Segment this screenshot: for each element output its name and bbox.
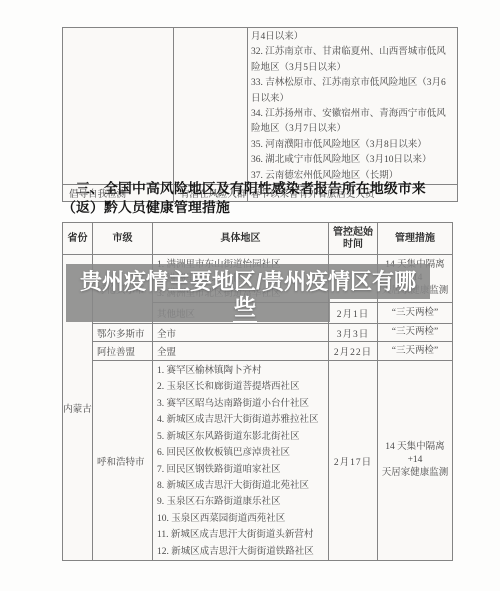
list-item: 9. 玉泉区石东路街道康乐社区 [157,494,326,510]
date-cell: 2月1日 [329,303,378,324]
list-item: 7. 回民区钢铁路街道咱家社区 [157,462,326,478]
city-cell: 鄂尔多斯市 [93,324,153,342]
list-item: 32. 江苏南京市、甘肃临夏州、山西晋城市低风险地区（3月5日以来） [251,45,455,76]
title-overlay-band: 贵州疫情主要地区/贵州疫情区有哪 [66,264,430,299]
header-area: 具体地区 [153,223,329,255]
list-item: 11. 新城区成吉思汗大街街道头新营村 [157,527,326,543]
area-cell: 全盟 [153,342,329,361]
measure-cell: “三天两检” [378,342,453,361]
header-province: 省份 [63,223,93,255]
low-risk-area-list: 月4日以来） 32. 江苏南京市、甘肃临夏州、山西晋城市低风险地区（3月5日以来… [248,28,458,185]
title-overlay-band: 些 [66,299,330,322]
measure-cell: 14 天集中隔离+14 天居家健康监测 [378,361,453,561]
list-item: 3. 赛罕区昭乌达南路街道小台什社区 [157,396,326,412]
header-city: 市级 [93,223,153,255]
table-header-row: 省份 市级 具体地区 管控起始时间 管理措施 [63,223,453,255]
measure-line: 14 天集中隔离+14 [379,441,451,467]
empty-cell [174,28,248,185]
table-row: 月4日以来） 32. 江苏南京市、甘肃临夏州、山西晋城市低风险地区（3月5日以来… [63,28,458,185]
list-item: 4. 新城区成吉思汗大街街道苏雅拉社区 [157,412,326,428]
list-item: 36. 湖北咸宁市低风险地区（3月10日以来） [251,153,455,168]
list-item: 5. 新城区东风路街道东影北街社区 [157,429,326,445]
table-row-hohhot: 呼和浩特市 1. 赛罕区榆林镇陶卜齐村 2. 玉泉区长和廊街道菩提塔西社区 3.… [63,361,453,561]
list-item: 1. 赛罕区榆林镇陶卜齐村 [157,363,326,379]
list-item: 33. 吉林松原市、江苏南京市低风险地区（3月6日以来） [251,76,455,107]
city-cell: 阿拉善盟 [93,342,153,361]
list-item: 6. 回民区攸攸板镇巴彦淖贵社区 [157,445,326,461]
empty-cell [63,28,174,185]
table-row-alxa: 阿拉善盟 全盟 2月22日 “三天两检” [63,342,453,361]
date-cell: 2月17日 [329,361,378,561]
list-item: 35. 河南濮阳市低风险地区（3月8日以来） [251,138,455,153]
date-cell: 2月22日 [329,342,378,361]
header-measure: 管理措施 [378,223,453,255]
measure-line: 天居家健康监测 [379,467,451,480]
list-item: 34. 江苏扬州市、安徽宿州市、青海西宁市低风险地区（3月7日以来） [251,107,455,138]
overlay-title-line2: 些 [233,295,257,323]
header-date: 管控起始时间 [329,223,378,255]
list-item: 10. 玉泉区西菜园街道西苑社区 [157,511,326,527]
list-item: 12. 新城区成吉思汗大街街道铁路社区 [157,544,326,560]
city-cell: 呼和浩特市 [93,361,153,561]
section-heading: 三、全国中高风险地区及有阳性感染者报告所在地级市来（返）黔人员健康管理措施 [62,180,459,217]
list-item: 月4日以来） [251,30,455,45]
scanned-document-page: { "table1": { "row1_items": [ "月4日以来）", … [0,0,500,591]
measure-cell: “三天两检” [378,324,453,342]
area-list-cell: 1. 赛罕区榆林镇陶卜齐村 2. 玉泉区长和廊街道菩提塔西社区 3. 赛罕区昭乌… [153,361,329,561]
overlay-title-line1: 贵州疫情主要地区/贵州疫情区有哪 [80,264,416,299]
list-item: 2. 玉泉区长和廊街道菩提塔西社区 [157,379,326,395]
area-cell: 全市 [153,324,329,342]
measure-cell: “三天两检” [378,303,453,324]
risk-area-table-top: 月4日以来） 32. 江苏南京市、甘肃临夏州、山西晋城市低风险地区（3月5日以来… [62,27,458,202]
list-item: 8. 新城区成吉思汗大街街道北苑社区 [157,478,326,494]
date-cell: 3月3日 [329,324,378,342]
table-row-ordos: 鄂尔多斯市 全市 3月3日 “三天两检” [63,324,453,342]
